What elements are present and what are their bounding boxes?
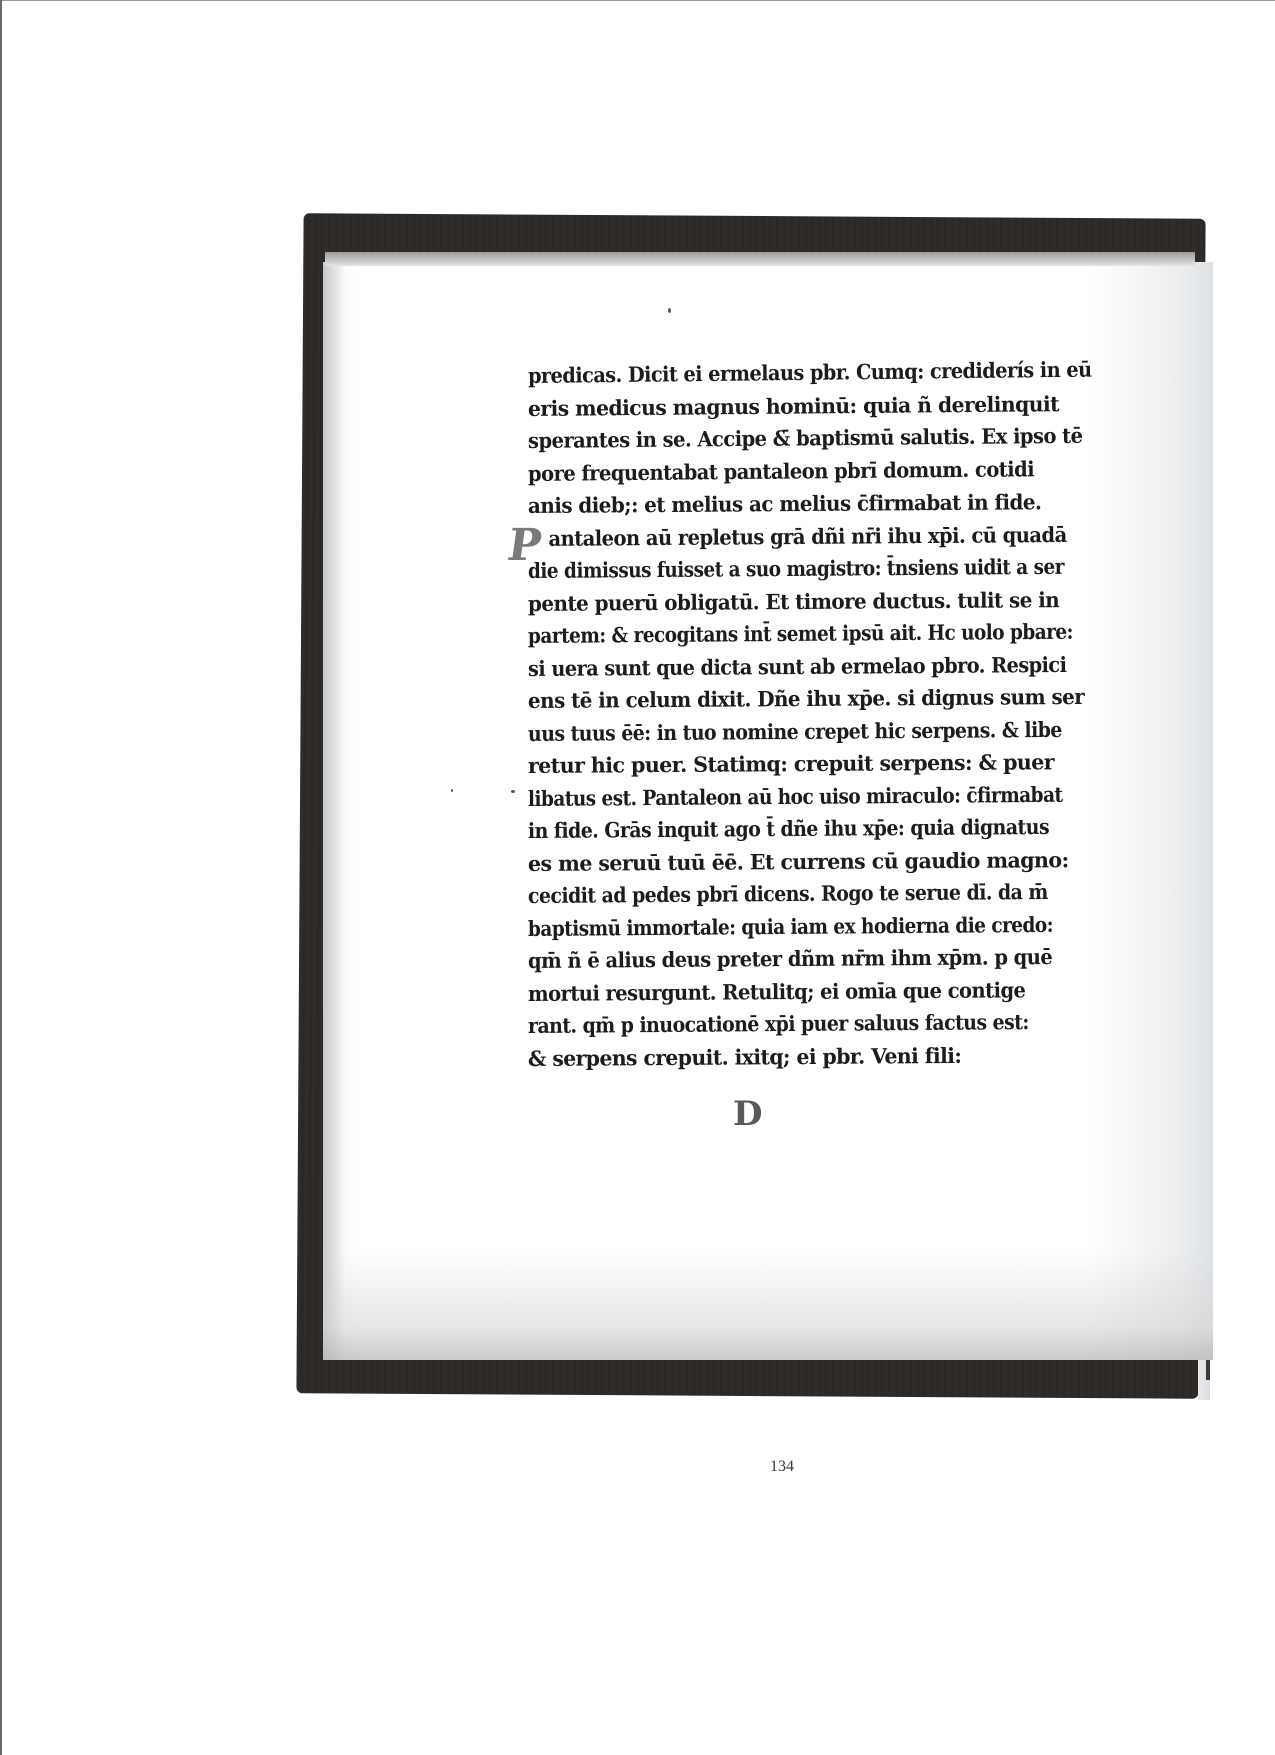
manuscript-line: baptismū immortale: quia iam ex hodierna… bbox=[528, 908, 1047, 945]
manuscript-line: & serpens crepuit. ixitq; ei pbr. Veni f… bbox=[528, 1038, 1101, 1075]
scan-left-edge bbox=[0, 0, 2, 1755]
leaf-bottom-wear bbox=[323, 1250, 1213, 1360]
manuscript-line: pente puerū obligatū. Et timore ductus. … bbox=[528, 583, 1089, 620]
manuscript-line: si uera sunt que dicta sunt ab ermelao p… bbox=[528, 648, 1071, 685]
scan-top-edge bbox=[0, 0, 1275, 1]
manuscript-line: sperantes in se. Accipe &̄ baptismū salu… bbox=[528, 420, 1077, 458]
page-number: 134 bbox=[770, 1458, 794, 1476]
margin-mark bbox=[511, 790, 515, 793]
manuscript-line: partem: & recogitans int̄ semet ipsū ait… bbox=[528, 616, 1047, 653]
manuscript-text-block: predicas. Dicit ei ermelaus pbr. Cumq: c… bbox=[528, 360, 1118, 1075]
manuscript-line: retur hic puer. Statimq: crepuit serpens… bbox=[528, 746, 1106, 783]
manuscript-line: anis dieb;: et melius ac melius c̄firmab… bbox=[528, 486, 1089, 523]
manuscript-line: qm̄ ñ ē alius deus preter dñm nr̄m ihm x… bbox=[528, 941, 1077, 978]
manuscript-line: ens tē in celum dixit. Dñe ihu xp̄e. si … bbox=[528, 681, 1089, 718]
margin-mark bbox=[668, 308, 671, 313]
manuscript-line: es me seruū tuū ēē. Et currens cū gaudio… bbox=[528, 843, 1106, 880]
leaf-top-edge bbox=[325, 252, 1195, 266]
margin-mark bbox=[451, 789, 453, 792]
manuscript-line: eris medicus magnus hominū: quia ñ derel… bbox=[528, 387, 1101, 425]
manuscript-line: in fide. Grās inquit ago t̄ dñe ihu xp̄e… bbox=[528, 811, 1059, 848]
manuscript-line: pore frequentabat pantaleon pbrī domum. … bbox=[528, 452, 1077, 490]
manuscript-line: libatus est. Pantaleon aū hoc uiso mirac… bbox=[528, 778, 1047, 815]
manuscript-line: cecidit ad pedes pbrī dicens. Rogo te se… bbox=[528, 876, 1059, 913]
manuscript-line: die dimissus fuisset a suo magistro: t̄n… bbox=[528, 551, 1047, 588]
manuscript-line: uus tuus ēē: in tuo nomine crepet hic se… bbox=[528, 713, 1059, 750]
manuscript-line: antaleon aū repletus grā dñi nr̄i ihu xp… bbox=[528, 518, 1077, 555]
illuminated-initial-d: D bbox=[733, 1097, 762, 1131]
manuscript-line: rant. qm̄ p inuocationē xp̄i puer saluus… bbox=[528, 1006, 1059, 1043]
leaf-left-wear bbox=[323, 262, 345, 1360]
manuscript-line: predicas. Dicit ei ermelaus pbr. Cumq: c… bbox=[528, 354, 1071, 393]
manuscript-line: mortui resurgunt. Retulitq; ei omīa que … bbox=[528, 973, 1077, 1010]
